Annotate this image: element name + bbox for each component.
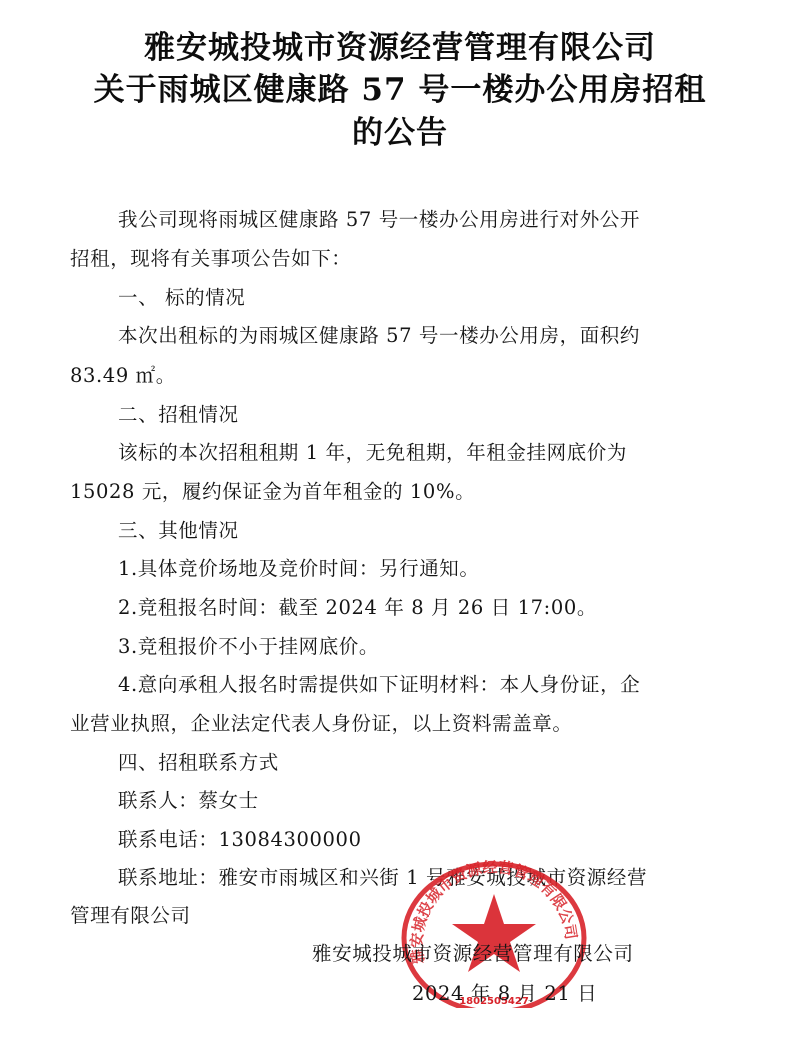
- title-line-1: 雅安城投城市资源经营管理有限公司: [0, 22, 800, 67]
- section-4-heading: 四、招租联系方式: [118, 747, 279, 775]
- contact-address-2: 管理有限公司: [70, 900, 191, 928]
- intro-line-2: 招租，现将有关事项公告如下：: [70, 243, 351, 271]
- section-3-item-4: 4.意向承租人报名时需提供如下证明材料：本人身份证，企: [118, 669, 640, 697]
- section-3-item-4-cont: 业营业执照，企业法定代表人身份证，以上资料需盖章。: [70, 708, 573, 736]
- title-line-3: 的公告: [0, 107, 800, 152]
- section-2-body-2: 15028 元，履约保证金为首年租金的 10%。: [70, 476, 475, 504]
- contact-phone: 联系电话：13084300000: [118, 824, 362, 852]
- section-2-body-1: 该标的本次招租租期 1 年，无免租期，年租金挂网底价为: [118, 437, 627, 465]
- signature-date: 2024 年 8 月 21 日: [412, 978, 597, 1006]
- section-3-item-3: 3.竞租报价不小于挂网底价。: [118, 631, 379, 659]
- intro-line-1: 我公司现将雨城区健康路 57 号一楼办公用房进行对外公开: [118, 204, 640, 232]
- section-1-heading: 一、 标的情况: [118, 282, 245, 310]
- section-1-body-1: 本次出租标的为雨城区健康路 57 号一楼办公用房，面积约: [118, 320, 640, 348]
- section-3-item-2: 2.竞租报名时间：截至 2024 年 8 月 26 日 17:00。: [118, 592, 597, 620]
- signature-company: 雅安城投城市资源经营管理有限公司: [312, 938, 634, 966]
- section-2-heading: 二、招租情况: [118, 399, 239, 427]
- section-1-body-2: 83.49 ㎡。: [70, 360, 176, 388]
- section-3-item-1: 1.具体竞价场地及竞价时间：另行通知。: [118, 553, 480, 581]
- contact-person: 联系人：蔡女士: [118, 785, 259, 813]
- section-3-heading: 三、其他情况: [118, 515, 239, 543]
- title-line-2: 关于雨城区健康路 57 号一楼办公用房招租: [0, 64, 800, 109]
